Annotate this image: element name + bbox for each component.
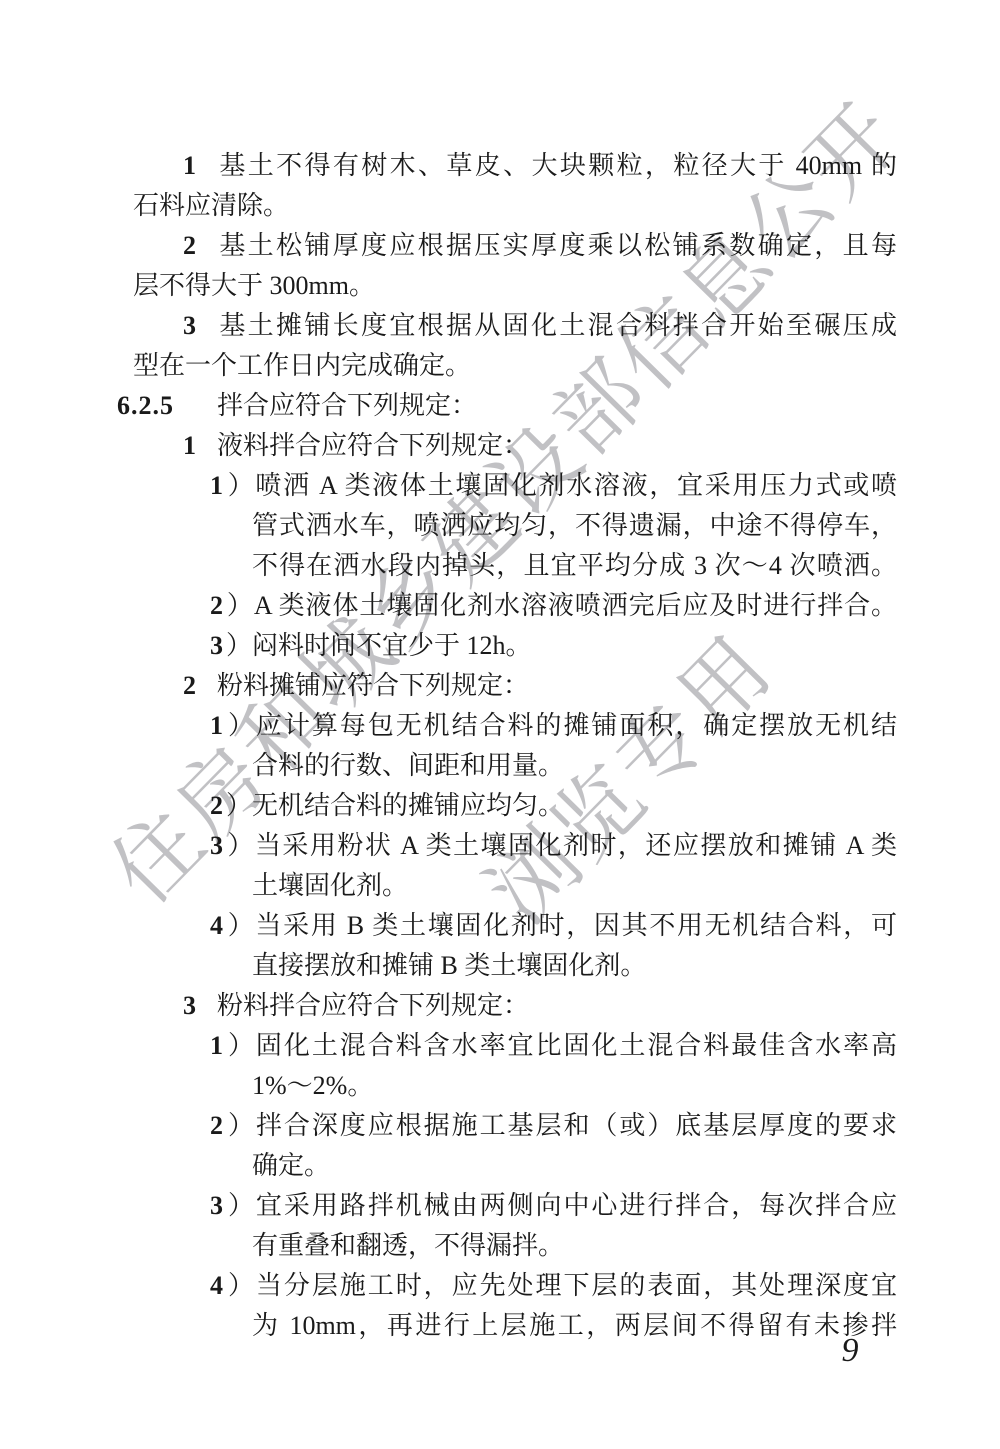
item-number: 2 xyxy=(210,1106,226,1146)
item-number-bracket: ） xyxy=(226,911,255,940)
line-text: A 类液体土壤固化剂水溶液喷洒完后应及时进行拌合。 xyxy=(254,591,897,620)
line-text: 当分层施工时，应先处理下层的表面，其处理深度宜 xyxy=(256,1271,897,1300)
item-number-bracket: ） xyxy=(226,831,255,860)
section-heading-line: 6.2.5拌合应符合下列规定： xyxy=(133,386,897,426)
text-line: 土壤固化剂。 xyxy=(133,866,897,906)
item-number: 1 xyxy=(210,706,226,746)
item-number-bracket: ） xyxy=(226,1031,256,1060)
item-number-bracket: ） xyxy=(226,591,254,620)
line-text: 当采用粉状 A 类土壤固化剂时，还应摆放和摊铺 A 类 xyxy=(255,831,897,860)
line-text: 拌合深度应根据施工基层和（或）底基层厚度的要求 xyxy=(256,1111,897,1140)
text-line: 4）当采用 B 类土壤固化剂时，因其不用无机结合料，可 xyxy=(133,906,897,946)
text-line: 1）喷洒 A 类液体土壤固化剂水溶液，宜采用压力式或喷 xyxy=(133,466,897,506)
text-line: 3）当采用粉状 A 类土壤固化剂时，还应摆放和摊铺 A 类 xyxy=(133,826,897,866)
text-line: 3粉料拌合应符合下列规定： xyxy=(133,986,897,1026)
item-number: 3 xyxy=(183,306,217,346)
item-number-bracket: ） xyxy=(226,1271,256,1300)
item-number-bracket: ） xyxy=(226,711,256,740)
item-number: 1 xyxy=(183,146,217,186)
item-number: 1 xyxy=(183,426,217,466)
text-line: 有重叠和翻透，不得漏拌。 xyxy=(133,1226,897,1266)
text-line: 2基土松铺厚度应根据压实厚度乘以松铺系数确定，且每 xyxy=(133,226,897,266)
item-number: 3 xyxy=(210,826,226,866)
text-line: 1）固化土混合料含水率宜比固化土混合料最佳含水率高 xyxy=(133,1026,897,1066)
line-text: 石料应清除。 xyxy=(133,191,289,220)
text-line: 3）闷料时间不宜少于 12h。 xyxy=(133,626,897,666)
text-line: 2）A 类液体土壤固化剂水溶液喷洒完后应及时进行拌合。 xyxy=(133,586,897,626)
line-text: 拌合应符合下列规定： xyxy=(217,391,477,420)
line-text: 液料拌合应符合下列规定： xyxy=(217,431,529,460)
text-line: 确定。 xyxy=(133,1146,897,1186)
line-text: 基土摊铺长度宜根据从固化土混合料拌合开始至碾压成 xyxy=(217,311,897,340)
line-text: 粉料摊铺应符合下列规定： xyxy=(217,671,529,700)
text-line: 不得在洒水段内掉头，且宜平均分成 3 次～4 次喷洒。 xyxy=(133,546,897,586)
line-text: 宜采用路拌机械由两侧向中心进行拌合，每次拌合应 xyxy=(256,1191,897,1220)
item-number-bracket: ） xyxy=(226,791,252,820)
text-line: 1）应计算每包无机结合料的摊铺面积，确定摆放无机结 xyxy=(133,706,897,746)
line-text: 型在一个工作日内完成确定。 xyxy=(133,351,471,380)
item-number: 6.2.5 xyxy=(117,386,217,426)
line-text: 不得在洒水段内掉头，且宜平均分成 3 次～4 次喷洒。 xyxy=(252,551,897,580)
item-number-bracket: ） xyxy=(226,1111,256,1140)
line-text: 1%～2%。 xyxy=(252,1071,373,1100)
text-line: 为 10mm，再进行上层施工，两层间不得留有未掺拌 xyxy=(133,1306,897,1346)
line-text: 基土松铺厚度应根据压实厚度乘以松铺系数确定，且每 xyxy=(217,231,897,260)
line-text: 合料的行数、间距和用量。 xyxy=(252,751,564,780)
text-line: 2）无机结合料的摊铺应均匀。 xyxy=(133,786,897,826)
text-line: 3基土摊铺长度宜根据从固化土混合料拌合开始至碾压成 xyxy=(133,306,897,346)
item-number: 2 xyxy=(183,666,217,706)
page-number: 9 xyxy=(820,1332,880,1370)
line-text: 有重叠和翻透，不得漏拌。 xyxy=(252,1231,564,1260)
line-text: 为 10mm，再进行上层施工，两层间不得留有未掺拌 xyxy=(252,1311,897,1340)
text-line: 型在一个工作日内完成确定。 xyxy=(133,346,897,386)
text-line: 1液料拌合应符合下列规定： xyxy=(133,426,897,466)
item-number: 3 xyxy=(210,1186,226,1226)
line-text: 确定。 xyxy=(252,1151,330,1180)
line-text: 管式洒水车，喷洒应均匀，不得遗漏，中途不得停车， xyxy=(252,511,897,540)
text-line: 石料应清除。 xyxy=(133,186,897,226)
text-line: 合料的行数、间距和用量。 xyxy=(133,746,897,786)
line-text: 喷洒 A 类液体土壤固化剂水溶液，宜采用压力式或喷 xyxy=(255,471,897,500)
text-line: 1%～2%。 xyxy=(133,1066,897,1106)
item-number-bracket: ） xyxy=(226,631,252,660)
item-number: 1 xyxy=(210,1026,226,1066)
item-number-bracket: ） xyxy=(226,1191,256,1220)
item-number: 4 xyxy=(210,906,226,946)
text-line: 4）当分层施工时，应先处理下层的表面，其处理深度宜 xyxy=(133,1266,897,1306)
line-text: 当采用 B 类土壤固化剂时，因其不用无机结合料，可 xyxy=(255,911,897,940)
line-text: 粉料拌合应符合下列规定： xyxy=(217,991,529,1020)
item-number: 2 xyxy=(210,786,226,826)
line-text: 层不得大于 300mm。 xyxy=(133,271,375,300)
text-line: 直接摆放和摊铺 B 类土壤固化剂。 xyxy=(133,946,897,986)
line-text: 应计算每包无机结合料的摊铺面积，确定摆放无机结 xyxy=(256,711,897,740)
item-number: 4 xyxy=(210,1266,226,1306)
text-line: 3）宜采用路拌机械由两侧向中心进行拌合，每次拌合应 xyxy=(133,1186,897,1226)
item-number: 2 xyxy=(210,586,226,626)
text-line: 2）拌合深度应根据施工基层和（或）底基层厚度的要求 xyxy=(133,1106,897,1146)
item-number: 3 xyxy=(210,626,226,666)
text-line: 管式洒水车，喷洒应均匀，不得遗漏，中途不得停车， xyxy=(133,506,897,546)
item-number: 2 xyxy=(183,226,217,266)
item-number: 1 xyxy=(210,466,226,506)
line-text: 基土不得有树木、草皮、大块颗粒，粒径大于 40mm 的 xyxy=(217,151,897,180)
item-number-bracket: ） xyxy=(226,471,255,500)
item-number: 3 xyxy=(183,986,217,1026)
text-line: 2粉料摊铺应符合下列规定： xyxy=(133,666,897,706)
document-body: 1基土不得有树木、草皮、大块颗粒，粒径大于 40mm 的石料应清除。2基土松铺厚… xyxy=(133,146,897,1346)
line-text: 土壤固化剂。 xyxy=(252,871,408,900)
line-text: 固化土混合料含水率宜比固化土混合料最佳含水率高 xyxy=(256,1031,897,1060)
line-text: 无机结合料的摊铺应均匀。 xyxy=(252,791,564,820)
line-text: 闷料时间不宜少于 12h。 xyxy=(252,631,532,660)
line-text: 直接摆放和摊铺 B 类土壤固化剂。 xyxy=(252,951,646,980)
text-line: 1基土不得有树木、草皮、大块颗粒，粒径大于 40mm 的 xyxy=(133,146,897,186)
text-line: 层不得大于 300mm。 xyxy=(133,266,897,306)
document-page: 住房和城乡建设部信息公开 浏览专用 1基土不得有树木、草皮、大块颗粒，粒径大于 … xyxy=(0,0,1000,1449)
